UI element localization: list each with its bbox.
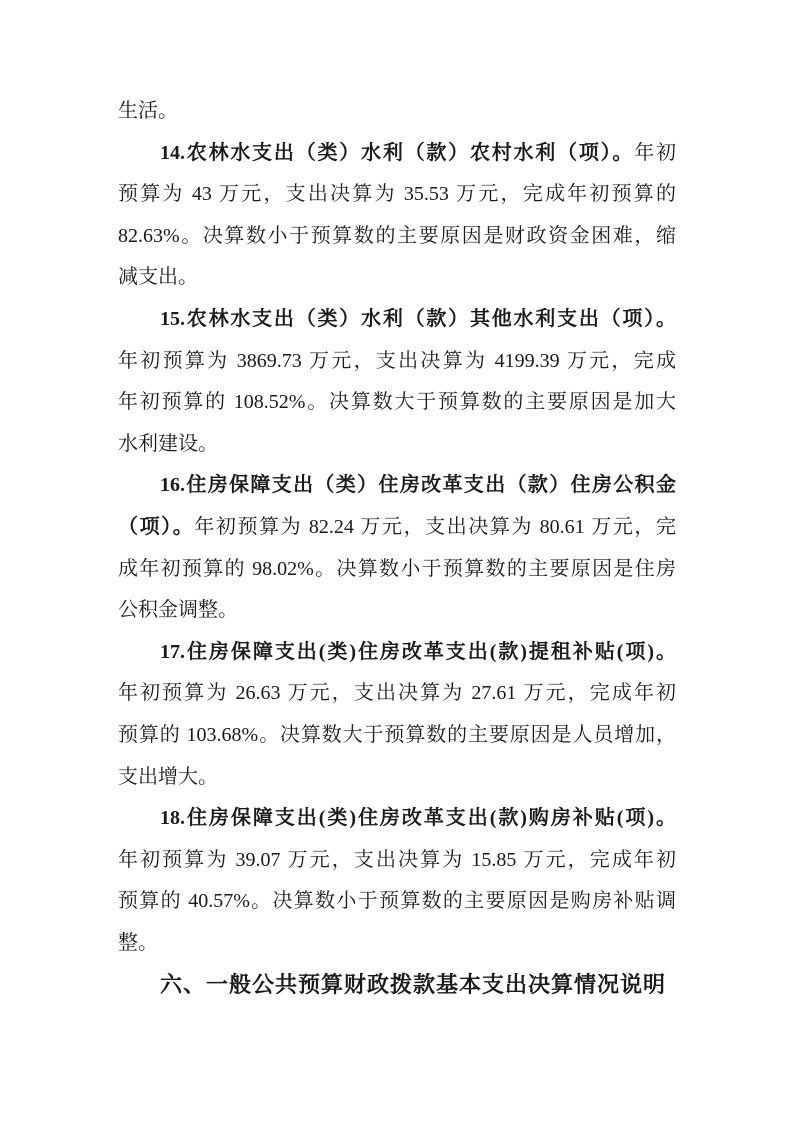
text-segment: 82.63%。决算数小于预算数的主要原因是财政资金困难，缩 <box>118 225 676 247</box>
document-body: 生活。14.农林水支出（类）水利（款）农村水利（项）。年初预算为 43 万元，支… <box>118 91 676 1006</box>
bold-text-segment: 六、一般公共预算财政拨款基本支出决算情况说明 <box>160 972 666 997</box>
text-segment: 整。 <box>118 932 158 954</box>
paragraph-13-last-line: 生活。 <box>118 91 676 133</box>
text-segment: 预算的 103.68%。决算数大于预算数的主要原因是人员增加， <box>118 724 676 746</box>
paragraph-17-line-1: 17.住房保障支出(类)住房改革支出(款)提租补贴(项)。 <box>118 632 676 674</box>
paragraph-14-line-2: 预算为 43 万元，支出决算为 35.53 万元，完成年初预算的 <box>118 174 676 216</box>
bold-text-segment: 14.农林水支出（类）水利（款）农村水利（项）。 <box>160 142 634 164</box>
paragraph-14-line-3: 82.63%。决算数小于预算数的主要原因是财政资金困难，缩 <box>118 216 676 258</box>
paragraph-16-line-4: 公积金调整。 <box>118 590 676 632</box>
text-segment: 预算为 43 万元，支出决算为 35.53 万元，完成年初预算的 <box>118 183 676 205</box>
paragraph-15-line-2: 年初预算为 3869.73 万元，支出决算为 4199.39 万元，完成 <box>118 341 676 383</box>
document-page: 生活。14.农林水支出（类）水利（款）农村水利（项）。年初预算为 43 万元，支… <box>0 0 793 1122</box>
text-segment: 水利建设。 <box>118 433 218 455</box>
paragraph-17-line-3: 预算的 103.68%。决算数大于预算数的主要原因是人员增加， <box>118 715 676 757</box>
paragraph-16-line-3: 成年初预算的 98.02%。决算数小于预算数的主要原因是住房 <box>118 549 676 591</box>
text-segment: 年初预算为 39.07 万元，支出决算为 15.85 万元，完成年初 <box>118 849 676 871</box>
paragraph-15-line-3: 年初预算的 108.52%。决算数大于预算数的主要原因是加大 <box>118 382 676 424</box>
text-segment: 减支出。 <box>118 266 198 288</box>
text-segment: 年初预算为 26.63 万元，支出决算为 27.61 万元，完成年初 <box>118 682 676 704</box>
paragraph-18-line-1: 18.住房保障支出(类)住房改革支出(款)购房补贴(项)。 <box>118 798 676 840</box>
bold-text-segment: 16.住房保障支出（类）住房改革支出（款）住房公积金 <box>160 474 676 496</box>
text-segment: 生活。 <box>118 100 178 122</box>
paragraph-18-line-3: 预算的 40.57%。决算数小于预算数的主要原因是购房补贴调 <box>118 881 676 923</box>
text-segment: 公积金调整。 <box>118 599 238 621</box>
text-segment: 支出增大。 <box>118 766 218 788</box>
paragraph-18-line-4: 整。 <box>118 923 676 965</box>
paragraph-15-line-1: 15.农林水支出（类）水利（款）其他水利支出（项）。 <box>118 299 676 341</box>
paragraph-17-line-4: 支出增大。 <box>118 757 676 799</box>
text-segment: 预算的 40.57%。决算数小于预算数的主要原因是购房补贴调 <box>118 890 676 912</box>
paragraph-16-line-2: （项）。年初预算为 82.24 万元，支出决算为 80.61 万元，完 <box>118 507 676 549</box>
text-segment: 成年初预算的 98.02%。决算数小于预算数的主要原因是住房 <box>118 558 676 580</box>
paragraph-15-line-4: 水利建设。 <box>118 424 676 466</box>
bold-text-segment: （项）。 <box>118 516 194 538</box>
bold-text-segment: 17.住房保障支出(类)住房改革支出(款)提租补贴(项)。 <box>160 641 676 663</box>
text-segment: 年初预算为 82.24 万元，支出决算为 80.61 万元，完 <box>194 516 676 538</box>
paragraph-14-line-1: 14.农林水支出（类）水利（款）农村水利（项）。年初 <box>118 133 676 175</box>
text-segment: 年初预算为 3869.73 万元，支出决算为 4199.39 万元，完成 <box>118 350 676 372</box>
paragraph-16-line-1: 16.住房保障支出（类）住房改革支出（款）住房公积金 <box>118 465 676 507</box>
bold-text-segment: 15.农林水支出（类）水利（款）其他水利支出（项）。 <box>160 308 676 330</box>
text-segment: 年初预算的 108.52%。决算数大于预算数的主要原因是加大 <box>118 391 676 413</box>
paragraph-17-line-2: 年初预算为 26.63 万元，支出决算为 27.61 万元，完成年初 <box>118 673 676 715</box>
paragraph-14-line-4: 减支出。 <box>118 257 676 299</box>
paragraph-18-line-2: 年初预算为 39.07 万元，支出决算为 15.85 万元，完成年初 <box>118 840 676 882</box>
bold-text-segment: 18.住房保障支出(类)住房改革支出(款)购房补贴(项)。 <box>160 807 676 829</box>
section-6-heading: 六、一般公共预算财政拨款基本支出决算情况说明 <box>118 964 676 1006</box>
text-segment: 年初 <box>634 142 676 164</box>
